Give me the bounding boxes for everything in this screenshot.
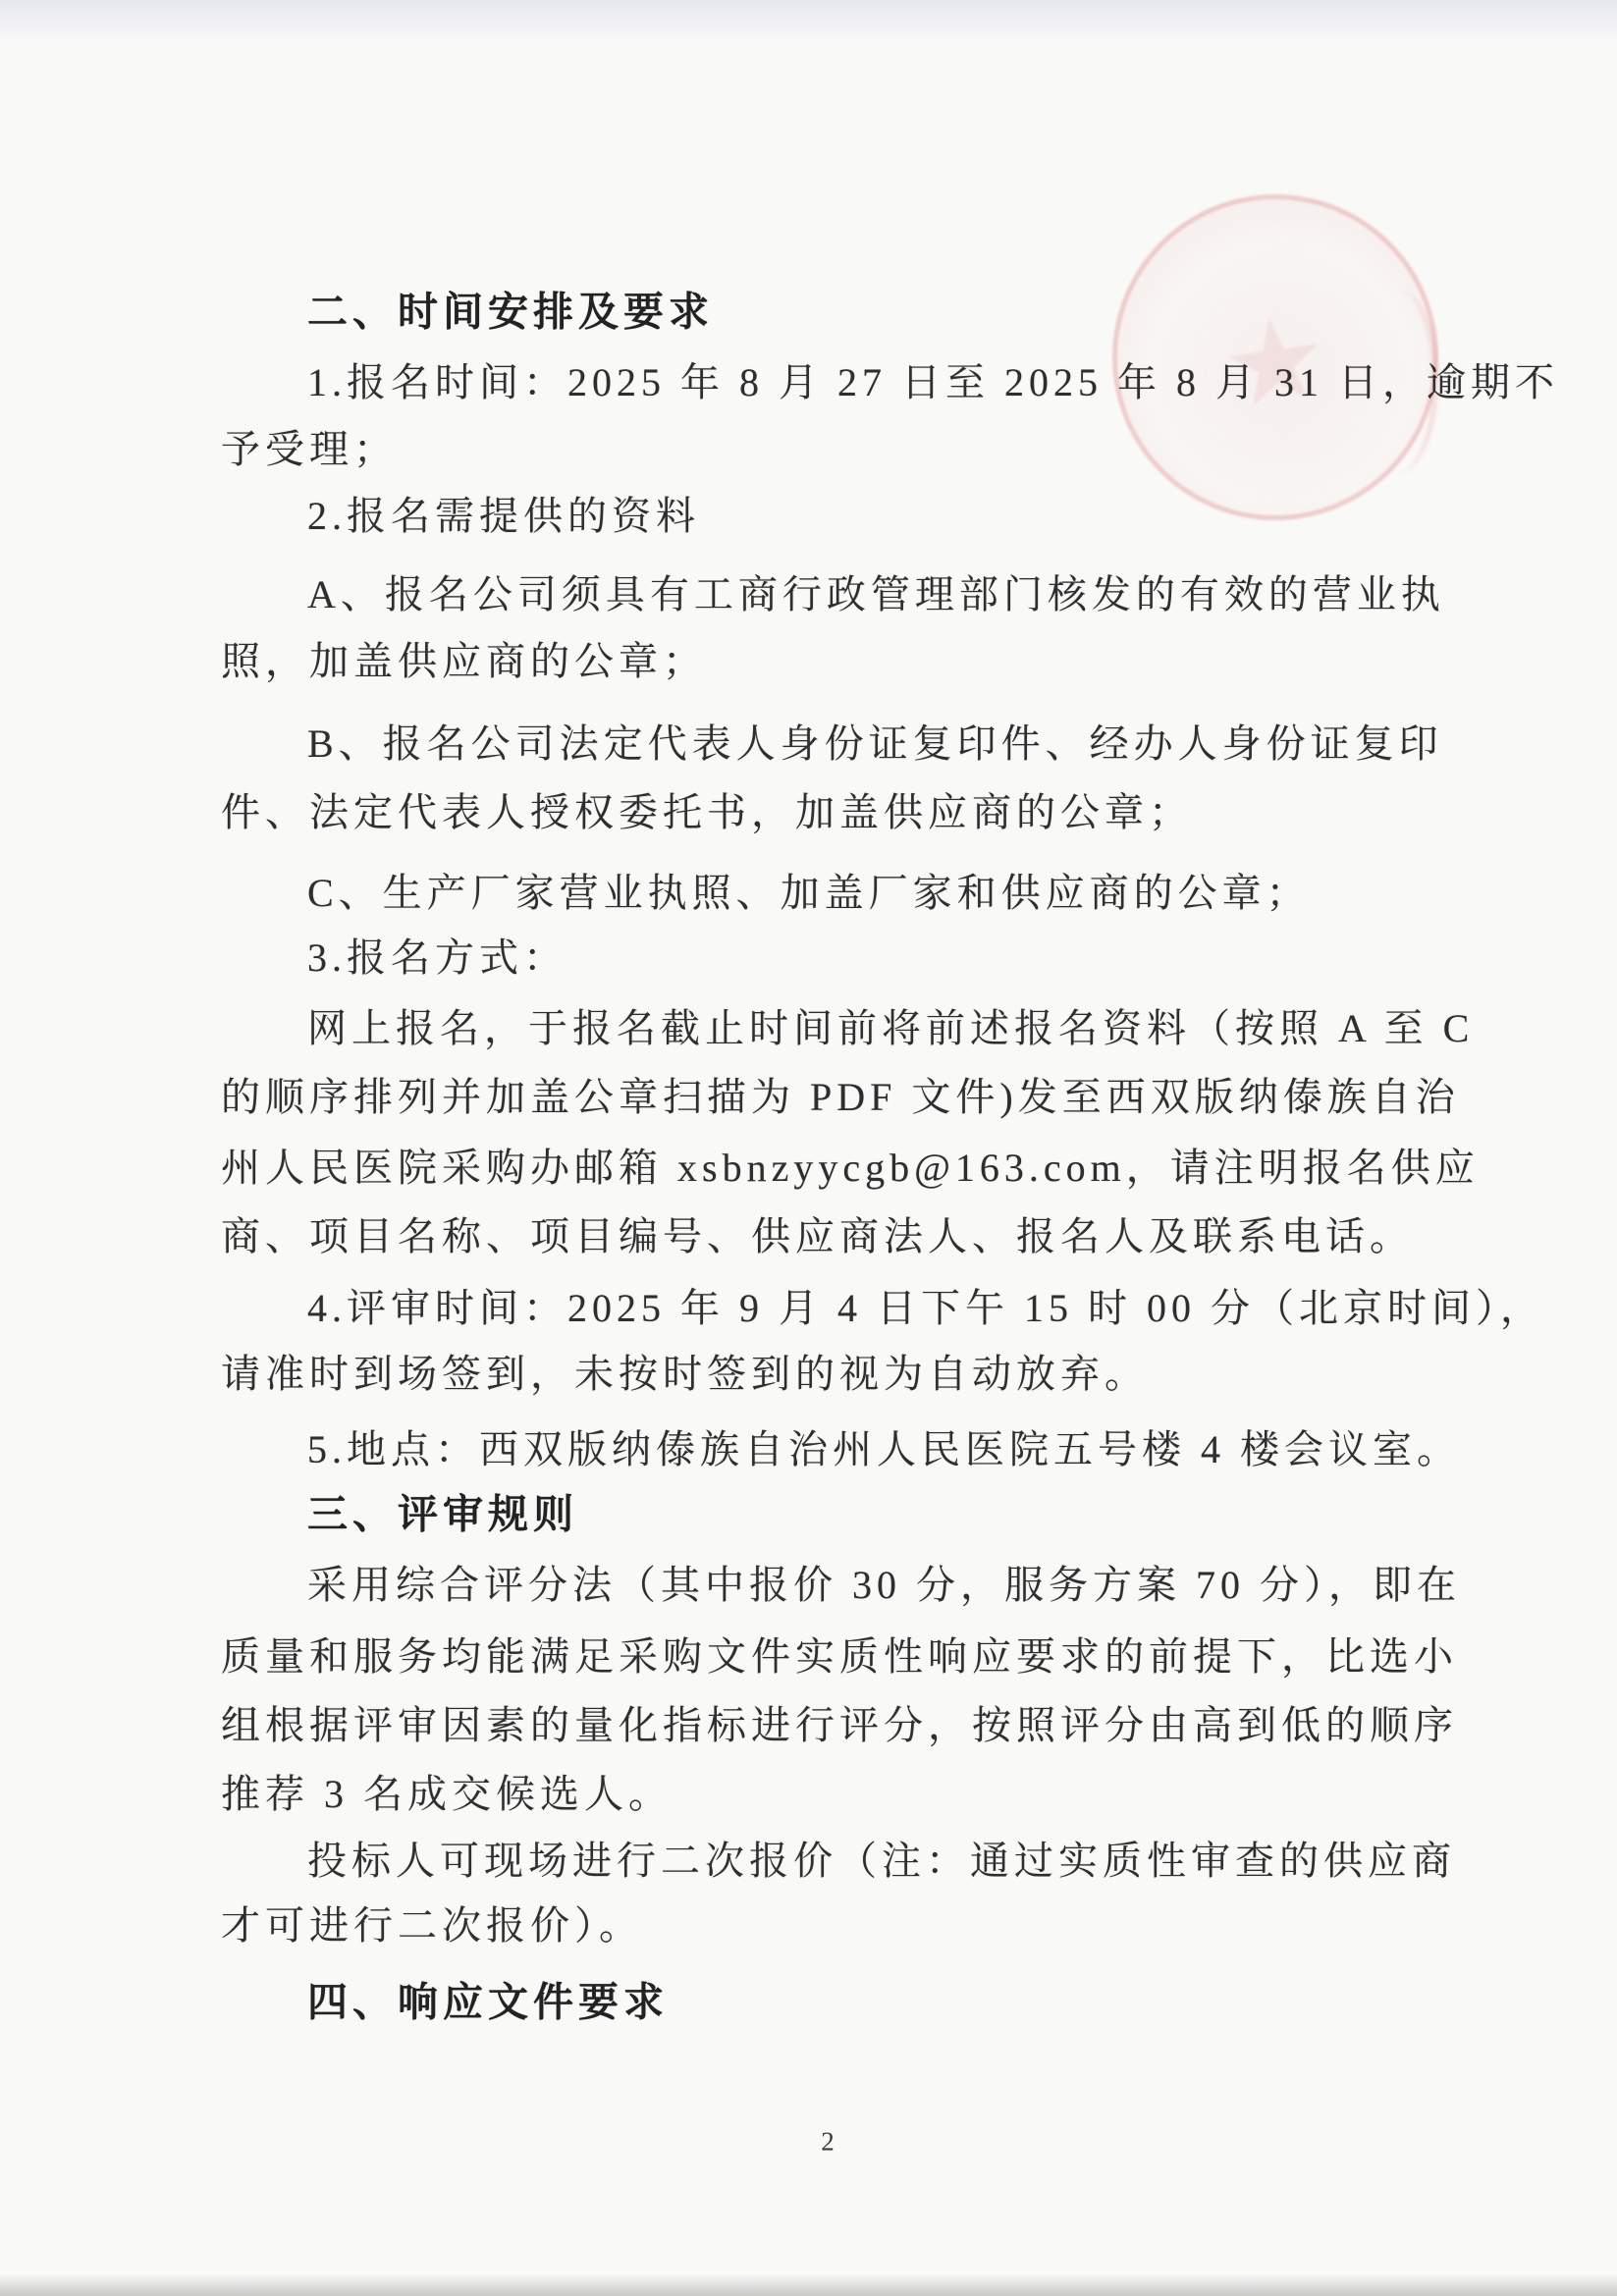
body-text-line: 质量和服务均能满足采购文件实质性响应要求的前提下，比选小 [221, 1634, 1458, 1680]
body-text-line: 4.评审时间：2025 年 9 月 4 日下午 15 时 00 分（北京时间）， [307, 1286, 1544, 1331]
body-text-line: B、报名公司法定代表人身份证复印件、经办人身份证复印 [307, 721, 1443, 767]
body-text-line: A、报名公司须具有工商行政管理部门核发的有效的营业执 [307, 572, 1445, 617]
body-text-line: 采用综合评分法（其中报价 30 分，服务方案 70 分），即在 [307, 1563, 1461, 1608]
body-text-line: C、生产厂家营业执照、加盖厂家和供应商的公章； [307, 871, 1311, 916]
body-text-line: 的顺序排列并加盖公章扫描为 PDF 文件)发至西双版纳傣族自治 [221, 1075, 1460, 1120]
section-heading: 二、时间安排及要求 [307, 289, 714, 335]
body-text-line: 件、法定代表人授权委托书，加盖供应商的公章； [221, 790, 1193, 835]
body-text-line: 请准时到场签到，未按时签到的视为自动放弃。 [221, 1352, 1149, 1397]
red-seal-stamp: ★ [1112, 194, 1438, 520]
body-text-line: 照，加盖供应商的公章； [221, 639, 707, 684]
body-text-line: 予受理； [221, 427, 398, 472]
scan-bottom-edge-artifact [0, 2274, 1617, 2296]
section-heading: 四、响应文件要求 [307, 1979, 669, 2025]
body-text-line: 网上报名，于报名截止时间前将前述报名资料（按照 A 至 C [307, 1006, 1474, 1051]
body-text-line: 2.报名需提供的资料 [307, 494, 700, 539]
body-text-line: 投标人可现场进行二次报价（注：通过实质性审查的供应商 [307, 1839, 1456, 1884]
body-text-line: 才可进行二次报价）。 [221, 1903, 643, 1949]
scan-top-edge-artifact [0, 0, 1617, 47]
body-text-line: 5.地点：西双版纳傣族自治州人民医院五号楼 4 楼会议室。 [307, 1427, 1461, 1472]
body-text-line: 州人民医院采购办邮箱 xsbnzyycgb@163.com，请注明报名供应 [221, 1146, 1480, 1191]
body-text-line: 推荐 3 名成交候选人。 [221, 1772, 673, 1817]
body-text-line: 商、项目名称、项目编号、供应商法人、报名人及联系电话。 [221, 1214, 1414, 1259]
scanned-document-page: ★ 二、时间安排及要求1.报名时间：2025 年 8 月 27 日至 2025 … [0, 0, 1617, 2296]
body-text-line: 1.报名时间：2025 年 8 月 27 日至 2025 年 8 月 31 日，… [307, 360, 1559, 405]
body-text-line: 3.报名方式： [307, 935, 567, 981]
page-number: 2 [821, 2127, 835, 2158]
section-heading: 三、评审规则 [307, 1491, 578, 1537]
body-text-line: 组根据评审因素的量化指标进行评分，按照评分由高到低的顺序 [221, 1703, 1458, 1748]
